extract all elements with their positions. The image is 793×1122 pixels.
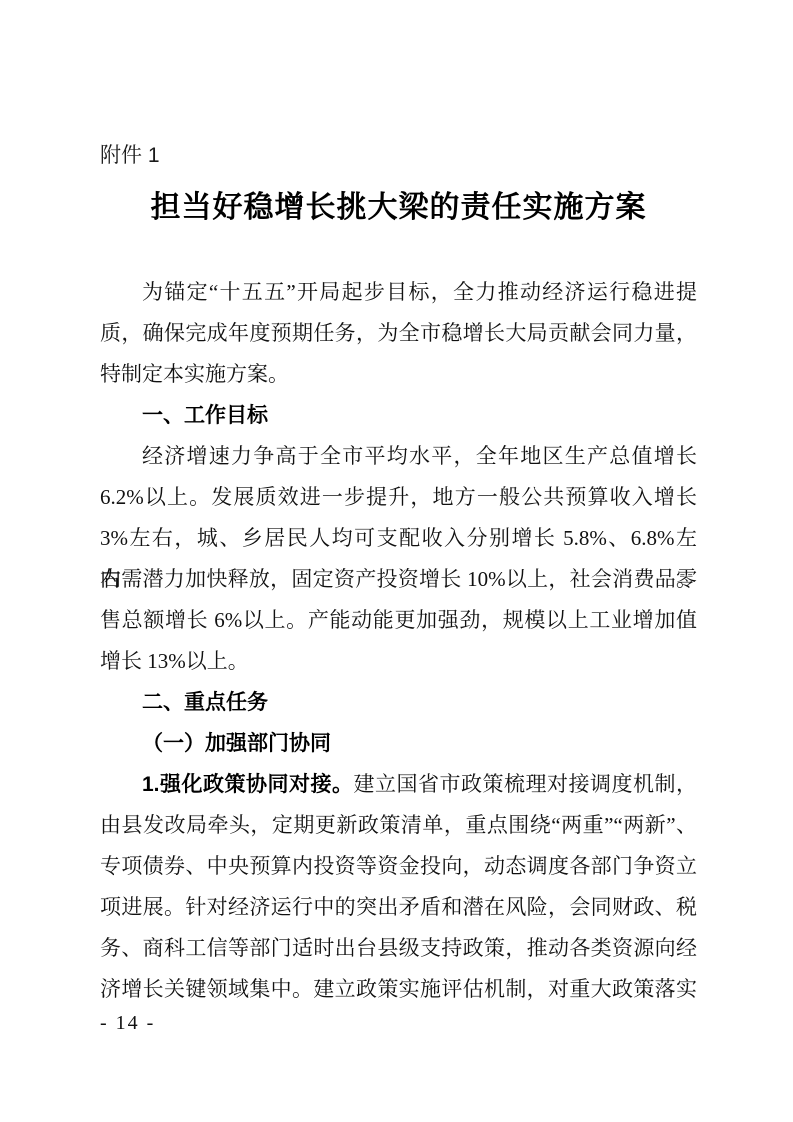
- subsection-heading-department-coordination: （一）加强部门协同: [100, 723, 697, 764]
- intro-line: 为锚定“十五五”开局起步目标，全力推动经济运行稳进提: [100, 272, 697, 313]
- item1-line: 务、商科工信等部门适时出台县级支持政策，推动各类资源向经: [100, 928, 697, 969]
- intro-line: 质，确保完成年度预期任务，为全市稳增长大局贡献会同力量，: [100, 313, 697, 354]
- item1-bold-lead: 1.强化政策协同对接。: [142, 773, 354, 796]
- attachment-label: 附件 1: [100, 142, 697, 170]
- section1-line: 内需潜力加快释放，固定资产投资增长 10%以上，社会消费品零: [100, 559, 697, 600]
- document-body: 为锚定“十五五”开局起步目标，全力推动经济运行稳进提 质，确保完成年度预期任务，…: [100, 272, 697, 1010]
- document-page: 附件 1 担当好稳增长挑大梁的责任实施方案 为锚定“十五五”开局起步目标，全力推…: [0, 0, 793, 1122]
- section1-line: 6.2%以上。发展质效进一步提升，地方一般公共预算收入增长: [100, 477, 697, 518]
- intro-line: 特制定本实施方案。: [100, 354, 697, 395]
- section-heading-work-goals: 一、工作目标: [100, 395, 697, 436]
- section1-line: 3%左右，城、乡居民人均可支配收入分别增长 5.8%、6.8%左右。: [100, 518, 697, 559]
- item1-first-line: 1.强化政策协同对接。建立国省市政策梳理对接调度机制，: [100, 764, 697, 805]
- item1-first-line-rest: 建立国省市政策梳理对接调度机制，: [354, 772, 698, 796]
- page-number: - 14 -: [100, 1012, 155, 1035]
- document-title: 担当好稳增长挑大梁的责任实施方案: [100, 188, 697, 228]
- item1-line: 济增长关键领域集中。建立政策实施评估机制，对重大政策落实: [100, 969, 697, 1010]
- item1-line: 项进展。针对经济运行中的突出矛盾和潜在风险，会同财政、税: [100, 887, 697, 928]
- item1-line: 专项债券、中央预算内投资等资金投向，动态调度各部门争资立: [100, 846, 697, 887]
- section1-line: 增长 13%以上。: [100, 641, 697, 682]
- item1-line: 由县发改局牵头，定期更新政策清单，重点围绕“两重”“两新”、: [100, 805, 697, 846]
- section1-line: 经济增速力争高于全市平均水平，全年地区生产总值增长: [100, 436, 697, 477]
- section-heading-key-tasks: 二、重点任务: [100, 682, 697, 723]
- section1-line: 售总额增长 6%以上。产能动能更加强劲，规模以上工业增加值: [100, 600, 697, 641]
